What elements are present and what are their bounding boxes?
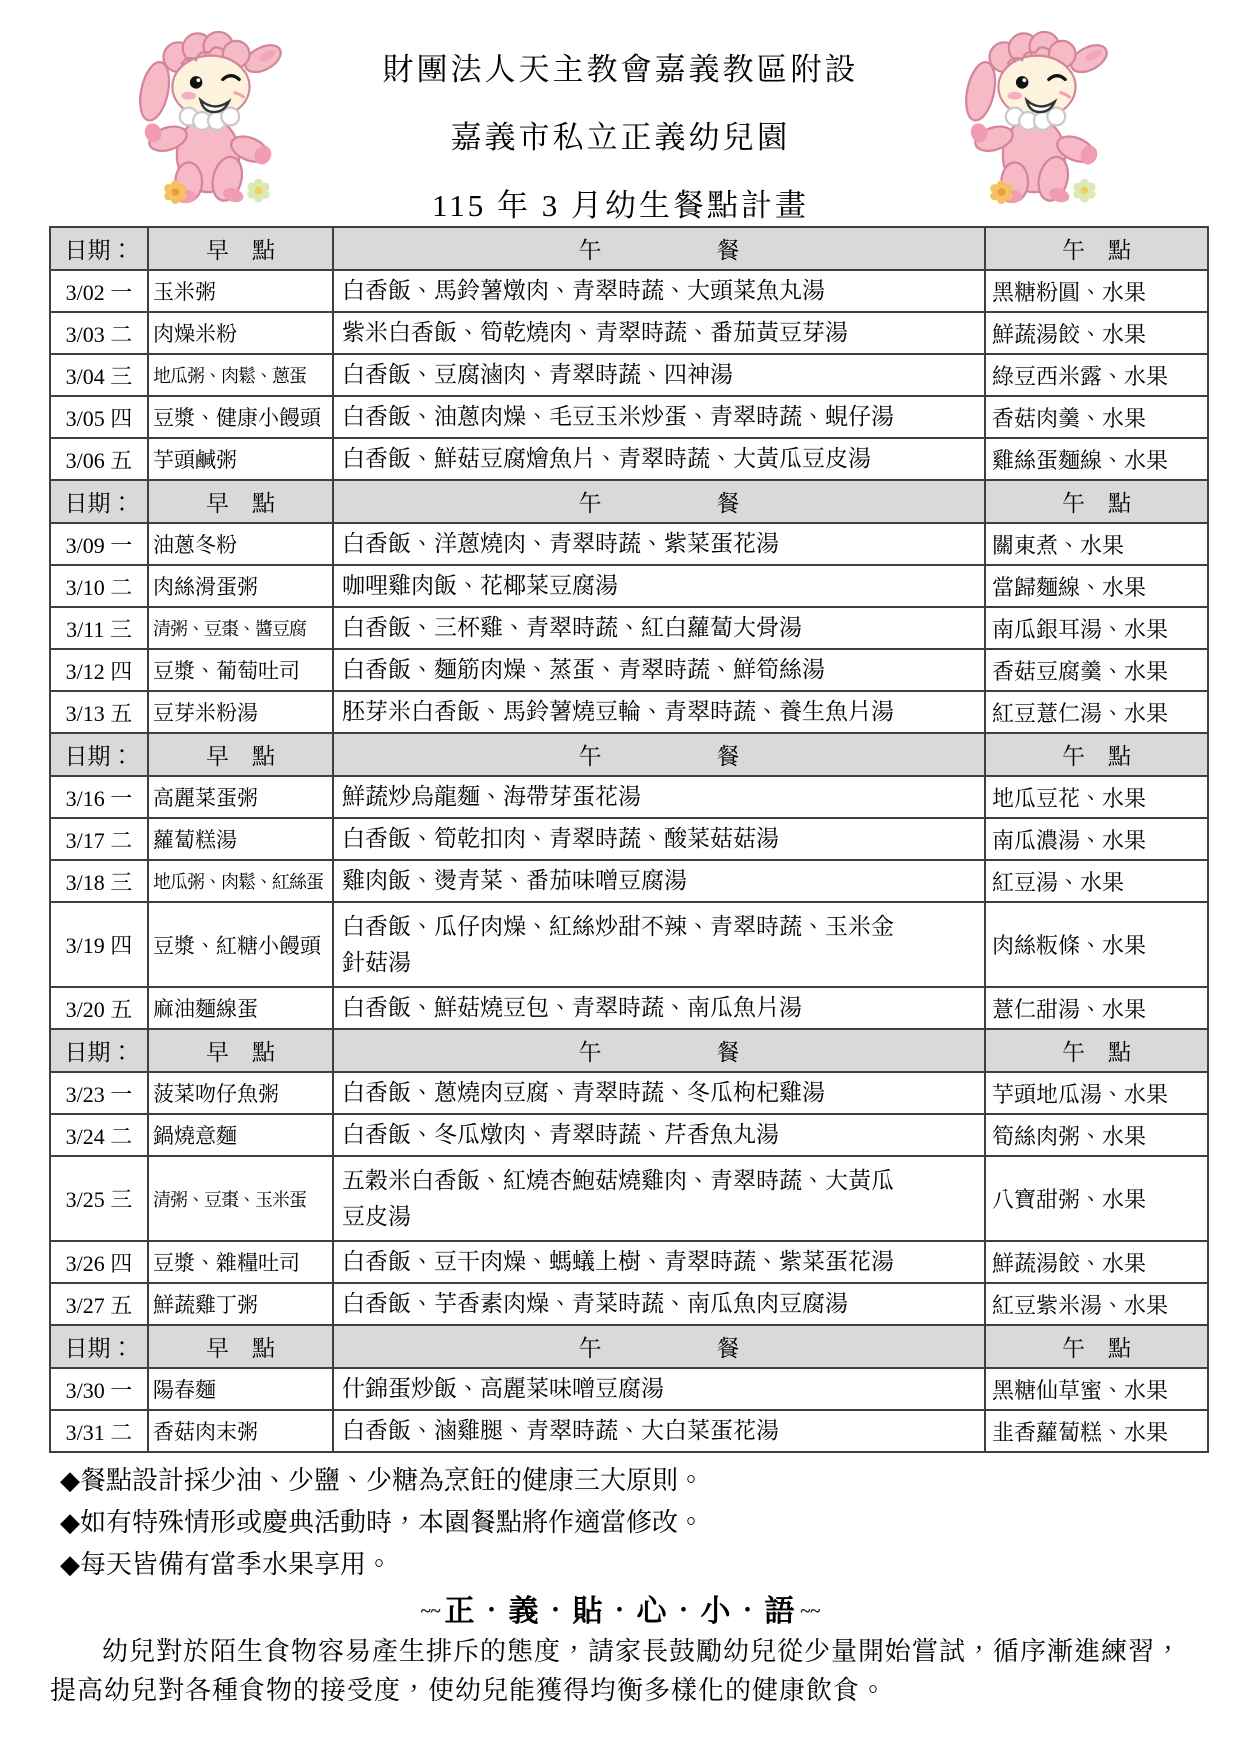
lunch-cell: 白香飯、冬瓜燉肉、青翠時蔬、芹香魚丸湯 [333,1114,985,1156]
lunch-cell: 鮮蔬炒烏龍麵、海帶芽蛋花湯 [333,776,985,818]
breakfast-cell: 芋頭鹹粥 [148,438,333,480]
lunch-cell: 白香飯、洋蔥燒肉、青翠時蔬、紫菜蛋花湯 [333,523,985,565]
menu-row: 3/02 一玉米粥白香飯、馬鈴薯燉肉、青翠時蔬、大頭菜魚丸湯黑糖粉圓、水果 [50,270,1208,312]
column-header-breakfast: 早 點 [148,1325,333,1368]
weekday-value: 四 [110,406,132,431]
lunch-text: 白香飯、豆干肉燥、螞蟻上樹、青翠時蔬、紫菜蛋花湯 [342,1249,894,1274]
column-header-lunch: 午 餐 [333,1325,985,1368]
weekday-value: 一 [110,1378,132,1403]
notes-section: ◆餐點設計採少油、少鹽、少糖為烹飪的健康三大原則。 ◆如有特殊情形或慶典活動時，… [60,1468,1190,1594]
date-value: 3/09 [66,533,105,558]
date-cell: 3/26 四 [50,1241,148,1283]
lunch-cell: 白香飯、滷雞腿、青翠時蔬、大白菜蛋花湯 [333,1410,985,1452]
weekday-value: 四 [110,659,132,684]
breakfast-cell: 豆漿、紅糖小饅頭 [148,902,333,987]
lunch-cell: 白香飯、芋香素肉燥、青菜時蔬、南瓜魚肉豆腐湯 [333,1283,985,1325]
snack-cell: 關東煮、水果 [985,523,1208,565]
snack-cell: 南瓜濃湯、水果 [985,818,1208,860]
date-cell: 3/16 一 [50,776,148,818]
date-value: 3/06 [66,448,105,473]
lunch-text: 白香飯、瓜仔肉燥、紅絲炒甜不辣、青翠時蔬、玉米金針菇湯 [342,909,907,980]
column-header-lunch: 午 餐 [333,733,985,776]
breakfast-cell: 清粥、豆棗、醬豆腐 [148,607,333,649]
menu-row: 3/12 四豆漿、葡萄吐司白香飯、麵筋肉燥、蒸蛋、青翠時蔬、鮮筍絲湯香菇豆腐羹、… [50,649,1208,691]
snack-cell: 紅豆薏仁湯、水果 [985,691,1208,733]
breakfast-cell: 豆漿、葡萄吐司 [148,649,333,691]
date-cell: 3/02 一 [50,270,148,312]
column-header-date: 日期： [50,227,148,270]
column-header-date: 日期： [50,733,148,776]
lunch-cell: 紫米白香飯、筍乾燒肉、青翠時蔬、番茄黃豆芽湯 [333,312,985,354]
breakfast-cell: 肉絲滑蛋粥 [148,565,333,607]
lunch-cell: 白香飯、筍乾扣肉、青翠時蔬、酸菜菇菇湯 [333,818,985,860]
lunch-text: 什錦蛋炒飯、高麗菜味噌豆腐湯 [342,1376,664,1401]
lunch-cell: 白香飯、麵筋肉燥、蒸蛋、青翠時蔬、鮮筍絲湯 [333,649,985,691]
column-header-lunch: 午 餐 [333,227,985,270]
lunch-text: 雞肉飯、燙青菜、番茄味噌豆腐湯 [342,868,687,893]
date-cell: 3/09 一 [50,523,148,565]
column-header-breakfast: 早 點 [148,1029,333,1072]
date-value: 3/02 [66,280,105,305]
date-cell: 3/06 五 [50,438,148,480]
date-cell: 3/30 一 [50,1368,148,1410]
menu-table-body: 日期：早 點午 餐午 點3/02 一玉米粥白香飯、馬鈴薯燉肉、青翠時蔬、大頭菜魚… [50,227,1208,1452]
menu-row: 3/18 三地瓜粥、肉鬆、紅絲蛋雞肉飯、燙青菜、番茄味噌豆腐湯紅豆湯、水果 [50,860,1208,902]
lunch-text: 白香飯、鮮菇豆腐燴魚片、青翠時蔬、大黃瓜豆皮湯 [342,446,871,471]
menu-row: 3/26 四豆漿、雜糧吐司白香飯、豆干肉燥、螞蟻上樹、青翠時蔬、紫菜蛋花湯鮮蔬湯… [50,1241,1208,1283]
date-cell: 3/20 五 [50,987,148,1029]
date-cell: 3/24 二 [50,1114,148,1156]
weekday-value: 五 [110,448,132,473]
table-header-row: 日期：早 點午 餐午 點 [50,1029,1208,1072]
breakfast-cell: 菠菜吻仔魚粥 [148,1072,333,1114]
column-header-lunch: 午 餐 [333,480,985,523]
menu-row: 3/31 二香菇肉末粥白香飯、滷雞腿、青翠時蔬、大白菜蛋花湯韭香蘿蔔糕、水果 [50,1410,1208,1452]
date-value: 3/30 [66,1378,105,1403]
table-header-row: 日期：早 點午 餐午 點 [50,733,1208,776]
note-adjustments: ◆如有特殊情形或慶典活動時，本園餐點將作適當修改。 [60,1510,1190,1536]
weekday-value: 二 [110,575,132,600]
date-value: 3/05 [66,406,105,431]
weekday-value: 一 [110,1082,132,1107]
breakfast-cell: 地瓜粥、肉鬆、蔥蛋 [148,354,333,396]
lunch-text: 白香飯、油蔥肉燥、毛豆玉米炒蛋、青翠時蔬、蜆仔湯 [342,404,894,429]
menu-row: 3/16 一高麗菜蛋粥鮮蔬炒烏龍麵、海帶芽蛋花湯地瓜豆花、水果 [50,776,1208,818]
lunch-cell: 什錦蛋炒飯、高麗菜味噌豆腐湯 [333,1368,985,1410]
date-cell: 3/12 四 [50,649,148,691]
date-cell: 3/11 三 [50,607,148,649]
snack-cell: 南瓜銀耳湯、水果 [985,607,1208,649]
date-cell: 3/31 二 [50,1410,148,1452]
column-header-date: 日期： [50,1325,148,1368]
snack-cell: 薏仁甜湯、水果 [985,987,1208,1029]
tips-body-text: 幼兒對於陌生食物容易產生排斥的態度，請家長鼓勵幼兒從少量開始嘗試，循序漸進練習，… [50,1632,1192,1710]
header-titles: 財團法人天主教會嘉義教區附設 嘉義市私立正義幼兒園 115 年 3 月幼生餐點計… [0,44,1241,248]
snack-cell: 地瓜豆花、水果 [985,776,1208,818]
breakfast-cell: 陽春麵 [148,1368,333,1410]
breakfast-cell: 地瓜粥、肉鬆、紅絲蛋 [148,860,333,902]
lunch-text: 白香飯、三杯雞、青翠時蔬、紅白蘿蔔大骨湯 [342,615,802,640]
date-value: 3/13 [66,701,105,726]
lunch-cell: 雞肉飯、燙青菜、番茄味噌豆腐湯 [333,860,985,902]
table-header-row: 日期：早 點午 餐午 點 [50,480,1208,523]
date-value: 3/27 [66,1293,105,1318]
lunch-cell: 白香飯、鮮菇豆腐燴魚片、青翠時蔬、大黃瓜豆皮湯 [333,438,985,480]
weekday-value: 三 [110,870,132,895]
lunch-cell: 五穀米白香飯、紅燒杏鮑菇燒雞肉、青翠時蔬、大黃瓜豆皮湯 [333,1156,985,1241]
column-header-snack: 午 點 [985,733,1208,776]
note-principles: ◆餐點設計採少油、少鹽、少糖為烹飪的健康三大原則。 [60,1468,1190,1494]
weekday-value: 三 [110,364,132,389]
weekday-value: 一 [110,280,132,305]
menu-row: 3/09 一油蔥冬粉白香飯、洋蔥燒肉、青翠時蔬、紫菜蛋花湯關東煮、水果 [50,523,1208,565]
snack-cell: 紅豆紫米湯、水果 [985,1283,1208,1325]
menu-row: 3/04 三地瓜粥、肉鬆、蔥蛋白香飯、豆腐滷肉、青翠時蔬、四神湯綠豆西米露、水果 [50,354,1208,396]
snack-cell: 筍絲肉粥、水果 [985,1114,1208,1156]
lunch-text: 胚芽米白香飯、馬鈴薯燒豆輪、青翠時蔬、養生魚片湯 [342,699,894,724]
weekday-value: 五 [110,1293,132,1318]
menu-row: 3/13 五豆芽米粉湯胚芽米白香飯、馬鈴薯燒豆輪、青翠時蔬、養生魚片湯紅豆薏仁湯… [50,691,1208,733]
date-value: 3/10 [66,575,105,600]
note-fruit: ◆每天皆備有當季水果享用。 [60,1552,1190,1578]
date-value: 3/25 [66,1187,105,1212]
weekday-value: 二 [110,1124,132,1149]
breakfast-cell: 豆芽米粉湯 [148,691,333,733]
breakfast-cell: 肉燥米粉 [148,312,333,354]
column-header-lunch: 午 餐 [333,1029,985,1072]
lunch-text: 白香飯、麵筋肉燥、蒸蛋、青翠時蔬、鮮筍絲湯 [342,657,825,682]
date-value: 3/12 [66,659,105,684]
lunch-text: 紫米白香飯、筍乾燒肉、青翠時蔬、番茄黃豆芽湯 [342,320,848,345]
snack-cell: 香菇豆腐羹、水果 [985,649,1208,691]
date-cell: 3/13 五 [50,691,148,733]
weekday-value: 二 [110,828,132,853]
snack-cell: 雞絲蛋麵線、水果 [985,438,1208,480]
date-cell: 3/27 五 [50,1283,148,1325]
breakfast-cell: 高麗菜蛋粥 [148,776,333,818]
date-value: 3/26 [66,1251,105,1276]
menu-row: 3/03 二肉燥米粉紫米白香飯、筍乾燒肉、青翠時蔬、番茄黃豆芽湯鮮蔬湯餃、水果 [50,312,1208,354]
menu-row: 3/20 五麻油麵線蛋白香飯、鮮菇燒豆包、青翠時蔬、南瓜魚片湯薏仁甜湯、水果 [50,987,1208,1029]
date-value: 3/20 [66,997,105,1022]
date-cell: 3/17 二 [50,818,148,860]
lunch-cell: 白香飯、豆腐滷肉、青翠時蔬、四神湯 [333,354,985,396]
lunch-cell: 白香飯、蔥燒肉豆腐、青翠時蔬、冬瓜枸杞雞湯 [333,1072,985,1114]
lunch-text: 咖哩雞肉飯、花椰菜豆腐湯 [342,573,618,598]
date-value: 3/11 [66,617,104,642]
breakfast-cell: 豆漿、雜糧吐司 [148,1241,333,1283]
weekday-value: 五 [110,701,132,726]
snack-cell: 鮮蔬湯餃、水果 [985,312,1208,354]
date-value: 3/04 [66,364,105,389]
school-title: 嘉義市私立正義幼兒園 [0,112,1241,157]
snack-cell: 黑糖仙草蜜、水果 [985,1368,1208,1410]
column-header-breakfast: 早 點 [148,227,333,270]
snack-cell: 綠豆西米露、水果 [985,354,1208,396]
snack-cell: 鮮蔬湯餃、水果 [985,1241,1208,1283]
lunch-cell: 白香飯、瓜仔肉燥、紅絲炒甜不辣、青翠時蔬、玉米金針菇湯 [333,902,985,987]
table-header-row: 日期：早 點午 餐午 點 [50,1325,1208,1368]
lunch-text: 白香飯、馬鈴薯燉肉、青翠時蔬、大頭菜魚丸湯 [342,278,825,303]
weekday-value: 一 [110,533,132,558]
tips-title-text: 正‧義‧貼‧心‧小‧語 [445,1595,797,1628]
date-value: 3/23 [66,1082,105,1107]
breakfast-cell: 麻油麵線蛋 [148,987,333,1029]
date-cell: 3/05 四 [50,396,148,438]
lunch-text: 白香飯、蔥燒肉豆腐、青翠時蔬、冬瓜枸杞雞湯 [342,1080,825,1105]
column-header-breakfast: 早 點 [148,480,333,523]
organization-title: 財團法人天主教會嘉義教區附設 [0,44,1241,89]
tips-decor-left: ~~ [421,1601,441,1622]
lunch-text: 鮮蔬炒烏龍麵、海帶芽蛋花湯 [342,784,641,809]
breakfast-cell: 清粥、豆棗、玉米蛋 [148,1156,333,1241]
lunch-cell: 白香飯、油蔥肉燥、毛豆玉米炒蛋、青翠時蔬、蜆仔湯 [333,396,985,438]
snack-cell: 肉絲粄條、水果 [985,902,1208,987]
lunch-text: 白香飯、芋香素肉燥、青菜時蔬、南瓜魚肉豆腐湯 [342,1291,848,1316]
snack-cell: 芋頭地瓜湯、水果 [985,1072,1208,1114]
weekday-value: 四 [110,1251,132,1276]
lunch-text: 白香飯、鮮菇燒豆包、青翠時蔬、南瓜魚片湯 [342,995,802,1020]
menu-row: 3/11 三清粥、豆棗、醬豆腐白香飯、三杯雞、青翠時蔬、紅白蘿蔔大骨湯南瓜銀耳湯… [50,607,1208,649]
snack-cell: 當歸麵線、水果 [985,565,1208,607]
column-header-snack: 午 點 [985,480,1208,523]
menu-row: 3/19 四豆漿、紅糖小饅頭白香飯、瓜仔肉燥、紅絲炒甜不辣、青翠時蔬、玉米金針菇… [50,902,1208,987]
snack-cell: 黑糖粉圓、水果 [985,270,1208,312]
snack-cell: 紅豆湯、水果 [985,860,1208,902]
menu-row: 3/10 二肉絲滑蛋粥咖哩雞肉飯、花椰菜豆腐湯當歸麵線、水果 [50,565,1208,607]
weekday-value: 一 [110,786,132,811]
weekday-value: 三 [110,1187,132,1212]
breakfast-cell: 鮮蔬雞丁粥 [148,1283,333,1325]
snack-cell: 韭香蘿蔔糕、水果 [985,1410,1208,1452]
column-header-breakfast: 早 點 [148,733,333,776]
tips-title: ~~ 正‧義‧貼‧心‧小‧語 ~~ [0,1586,1241,1630]
lunch-text: 五穀米白香飯、紅燒杏鮑菇燒雞肉、青翠時蔬、大黃瓜豆皮湯 [342,1163,907,1234]
breakfast-cell: 油蔥冬粉 [148,523,333,565]
snack-cell: 八寶甜粥、水果 [985,1156,1208,1241]
column-header-snack: 午 點 [985,227,1208,270]
date-value: 3/16 [66,786,105,811]
date-cell: 3/18 三 [50,860,148,902]
menu-row: 3/17 二蘿蔔糕湯白香飯、筍乾扣肉、青翠時蔬、酸菜菇菇湯南瓜濃湯、水果 [50,818,1208,860]
date-cell: 3/25 三 [50,1156,148,1241]
weekday-value: 三 [110,617,132,642]
meal-plan-page: 財團法人天主教會嘉義教區附設 嘉義市私立正義幼兒園 115 年 3 月幼生餐點計… [0,0,1241,1755]
menu-table: 日期：早 點午 餐午 點3/02 一玉米粥白香飯、馬鈴薯燉肉、青翠時蔬、大頭菜魚… [49,226,1209,1453]
menu-row: 3/30 一陽春麵什錦蛋炒飯、高麗菜味噌豆腐湯黑糖仙草蜜、水果 [50,1368,1208,1410]
breakfast-cell: 玉米粥 [148,270,333,312]
date-value: 3/24 [66,1124,105,1149]
lunch-cell: 咖哩雞肉飯、花椰菜豆腐湯 [333,565,985,607]
date-value: 3/19 [66,933,105,958]
lunch-cell: 白香飯、三杯雞、青翠時蔬、紅白蘿蔔大骨湯 [333,607,985,649]
breakfast-cell: 蘿蔔糕湯 [148,818,333,860]
breakfast-cell: 香菇肉末粥 [148,1410,333,1452]
menu-row: 3/27 五鮮蔬雞丁粥白香飯、芋香素肉燥、青菜時蔬、南瓜魚肉豆腐湯紅豆紫米湯、水… [50,1283,1208,1325]
lunch-cell: 胚芽米白香飯、馬鈴薯燒豆輪、青翠時蔬、養生魚片湯 [333,691,985,733]
tips-decor-right: ~~ [801,1601,821,1622]
lunch-cell: 白香飯、鮮菇燒豆包、青翠時蔬、南瓜魚片湯 [333,987,985,1029]
weekday-value: 五 [110,997,132,1022]
lunch-text: 白香飯、滷雞腿、青翠時蔬、大白菜蛋花湯 [342,1418,779,1443]
weekday-value: 四 [110,933,132,958]
menu-row: 3/23 一菠菜吻仔魚粥白香飯、蔥燒肉豆腐、青翠時蔬、冬瓜枸杞雞湯芋頭地瓜湯、水… [50,1072,1208,1114]
plan-title: 115 年 3 月幼生餐點計畫 [0,180,1241,225]
weekday-value: 二 [110,322,132,347]
column-header-snack: 午 點 [985,1325,1208,1368]
lunch-text: 白香飯、冬瓜燉肉、青翠時蔬、芹香魚丸湯 [342,1122,779,1147]
date-cell: 3/03 二 [50,312,148,354]
date-cell: 3/10 二 [50,565,148,607]
menu-row: 3/05 四豆漿、健康小饅頭白香飯、油蔥肉燥、毛豆玉米炒蛋、青翠時蔬、蜆仔湯香菇… [50,396,1208,438]
lunch-text: 白香飯、洋蔥燒肉、青翠時蔬、紫菜蛋花湯 [342,531,779,556]
menu-row: 3/06 五芋頭鹹粥白香飯、鮮菇豆腐燴魚片、青翠時蔬、大黃瓜豆皮湯雞絲蛋麵線、水… [50,438,1208,480]
date-value: 3/03 [66,322,105,347]
date-cell: 3/23 一 [50,1072,148,1114]
date-value: 3/18 [66,870,105,895]
breakfast-cell: 豆漿、健康小饅頭 [148,396,333,438]
menu-row: 3/25 三清粥、豆棗、玉米蛋五穀米白香飯、紅燒杏鮑菇燒雞肉、青翠時蔬、大黃瓜豆… [50,1156,1208,1241]
lunch-cell: 白香飯、馬鈴薯燉肉、青翠時蔬、大頭菜魚丸湯 [333,270,985,312]
lunch-text: 白香飯、筍乾扣肉、青翠時蔬、酸菜菇菇湯 [342,826,779,851]
column-header-date: 日期： [50,1029,148,1072]
date-cell: 3/04 三 [50,354,148,396]
date-value: 3/31 [66,1420,105,1445]
menu-row: 3/24 二鍋燒意麵白香飯、冬瓜燉肉、青翠時蔬、芹香魚丸湯筍絲肉粥、水果 [50,1114,1208,1156]
breakfast-cell: 鍋燒意麵 [148,1114,333,1156]
column-header-snack: 午 點 [985,1029,1208,1072]
lunch-text: 白香飯、豆腐滷肉、青翠時蔬、四神湯 [342,362,733,387]
date-cell: 3/19 四 [50,902,148,987]
weekday-value: 二 [110,1420,132,1445]
date-value: 3/17 [66,828,105,853]
column-header-date: 日期： [50,480,148,523]
table-header-row: 日期：早 點午 餐午 點 [50,227,1208,270]
lunch-cell: 白香飯、豆干肉燥、螞蟻上樹、青翠時蔬、紫菜蛋花湯 [333,1241,985,1283]
snack-cell: 香菇肉羹、水果 [985,396,1208,438]
